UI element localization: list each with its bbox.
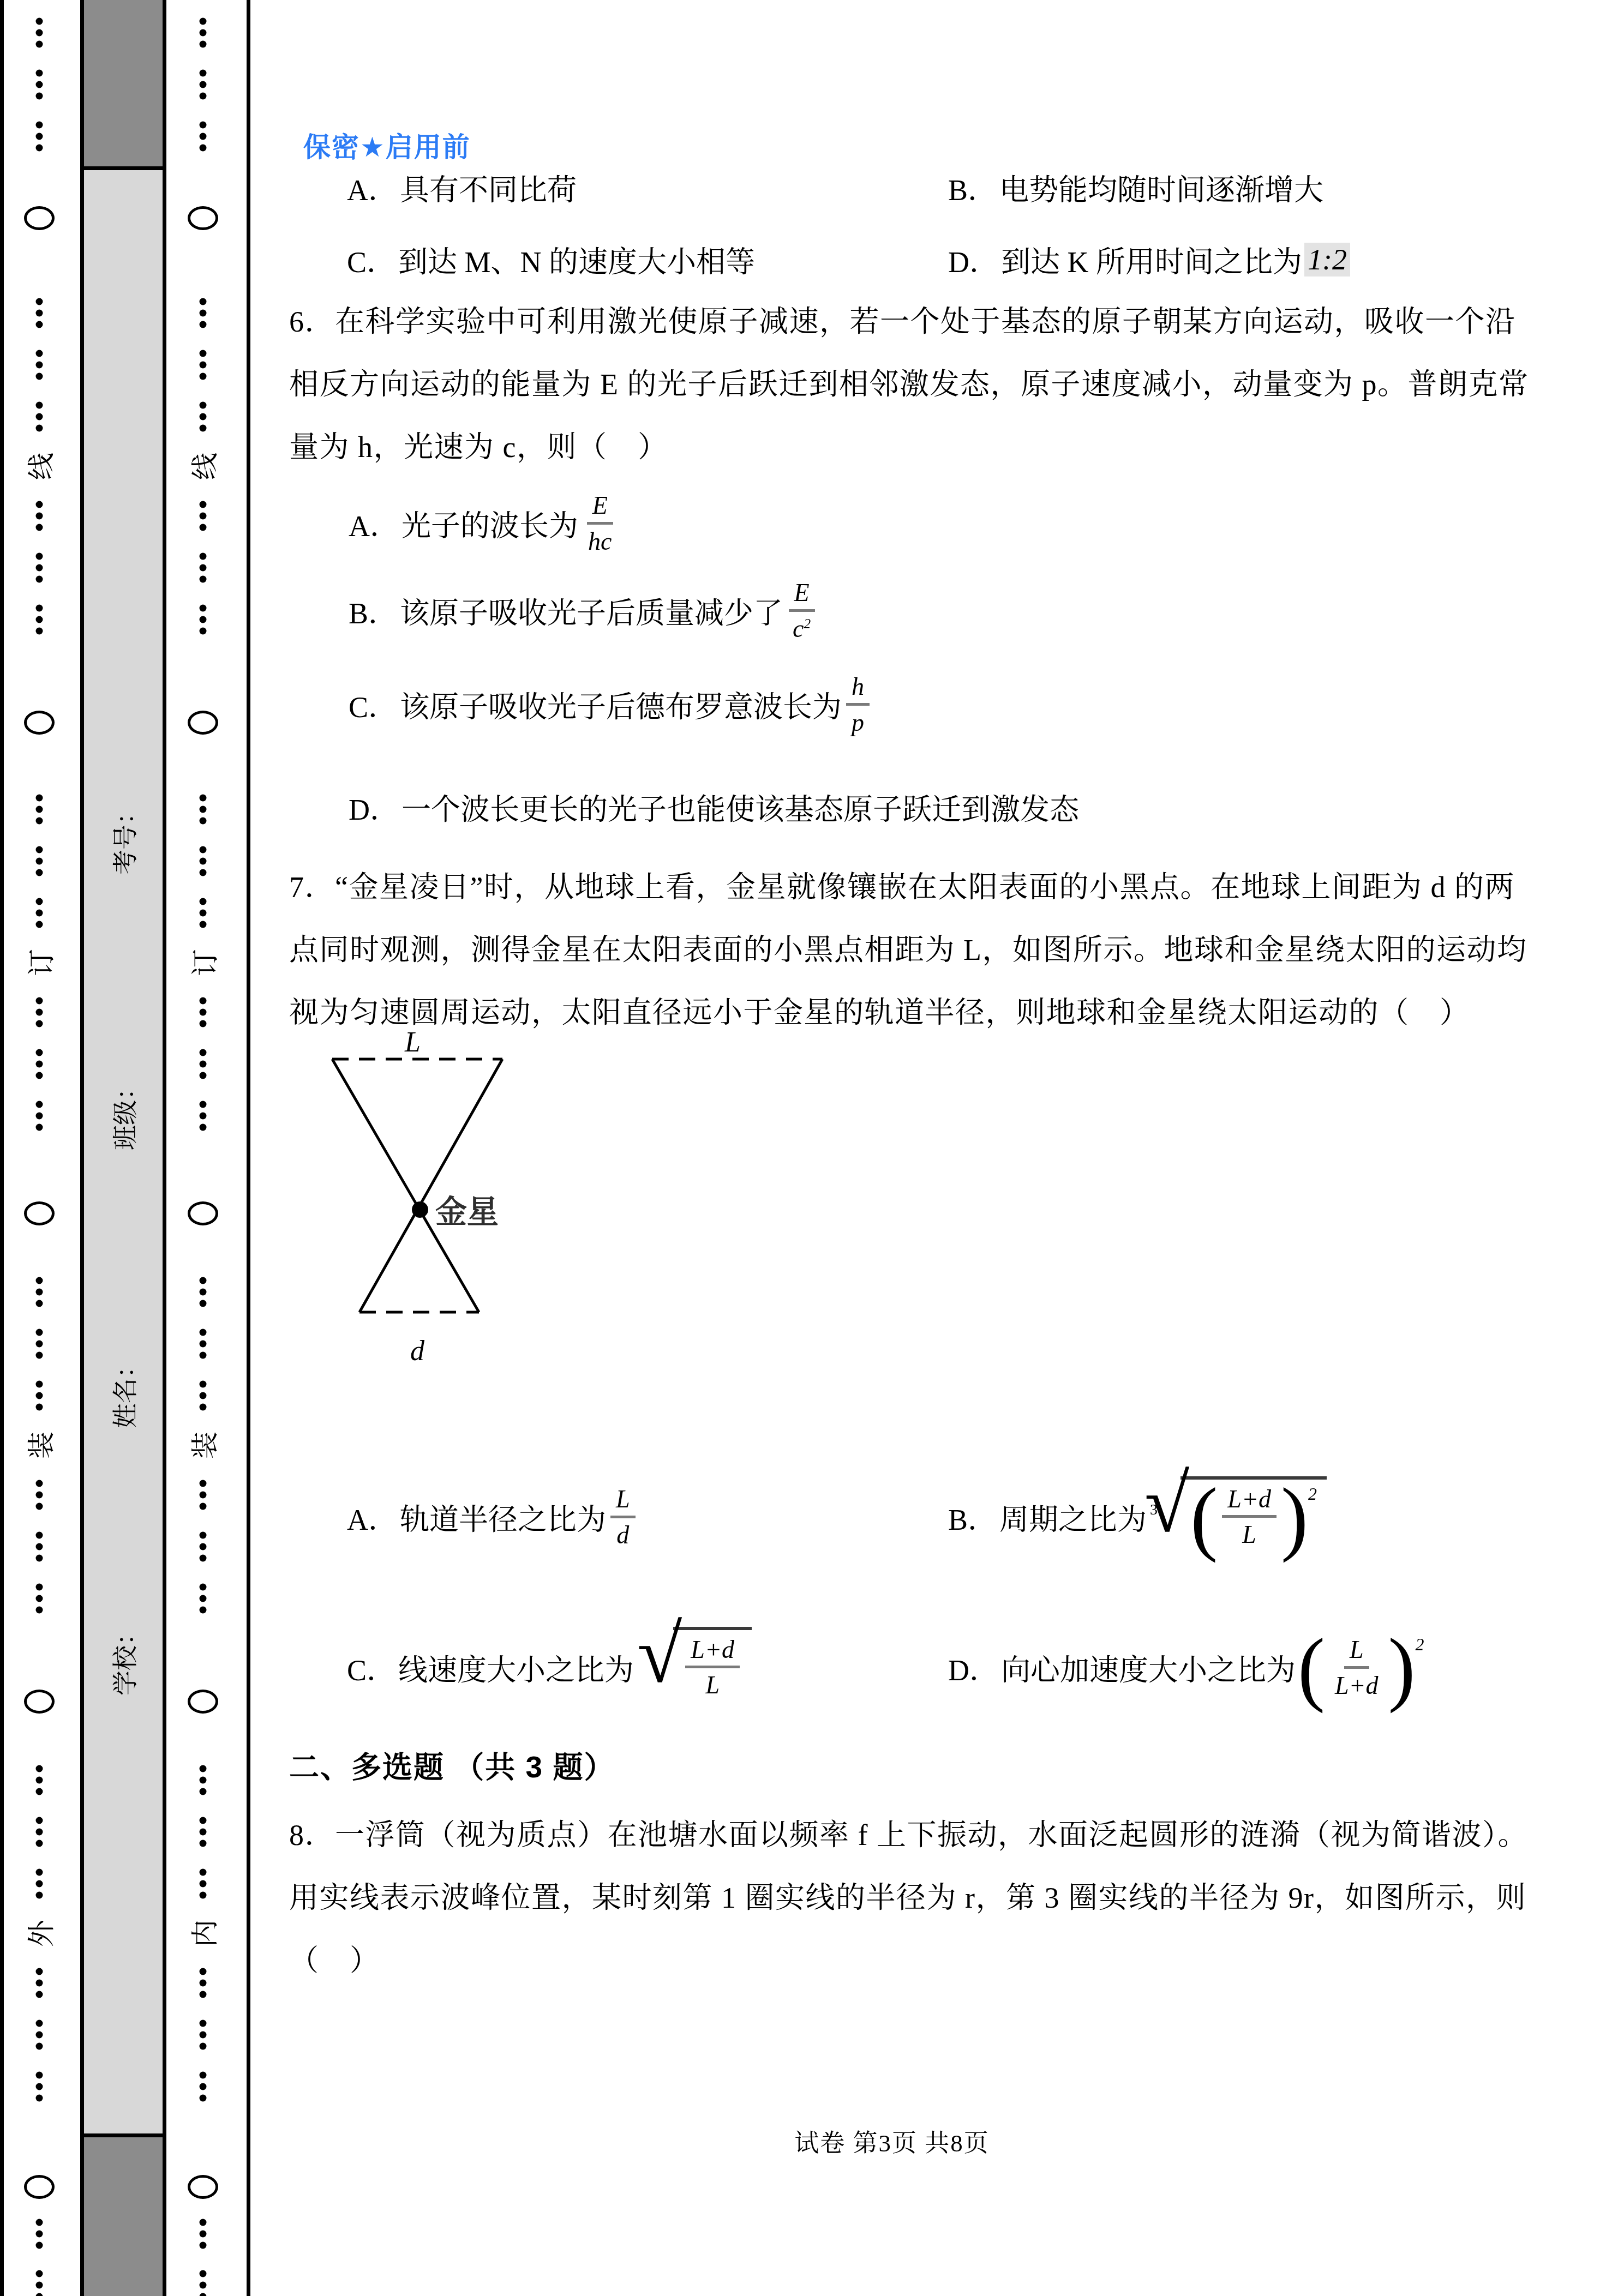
binding-dot <box>36 1817 43 1824</box>
binding-dot <box>200 1049 207 1056</box>
binding-dot <box>36 1101 43 1108</box>
fraction: Ec2 <box>787 580 816 642</box>
fraction: Ld <box>610 1486 636 1548</box>
option-text: 线速度大小之比为 <box>398 1647 634 1689</box>
binding-dot <box>200 1968 207 1975</box>
figure-label-top-length: L <box>404 1027 421 1058</box>
binding-dot <box>36 564 43 572</box>
binding-dot <box>36 1777 43 1784</box>
binding-dot <box>36 553 43 560</box>
right-paren-glyph: ) <box>1388 1645 1416 1691</box>
binding-dot <box>36 1124 43 1131</box>
binding-dot <box>200 818 207 825</box>
binding-dot <box>200 1817 207 1824</box>
option-letter: B． <box>948 1496 997 1538</box>
binding-ring <box>188 2175 218 2199</box>
question5-option-d: D．到达 K 所用时间之比为1:2 <box>948 240 1350 279</box>
binding-dot <box>36 605 43 612</box>
binding-dot <box>200 576 207 583</box>
seal-label-1: 考号： <box>105 800 141 875</box>
binding-dot <box>36 846 43 854</box>
question6-line-2: 相反方向运动的能量为 E 的光子后跃迁到相邻激发态，原子速度减小，动量变为 p。… <box>289 353 1529 416</box>
binding-ring <box>188 1201 218 1225</box>
binding-dot <box>200 616 207 623</box>
question5-options-row1: A．具有不同比荷B．电势能均随时间逐渐增大 <box>0 168 1624 207</box>
binding-dot <box>36 795 43 802</box>
binding-dot <box>200 997 207 1005</box>
binding-dot <box>200 1072 207 1079</box>
fraction-numerator: L <box>1344 1637 1369 1668</box>
binding-dot <box>200 910 207 917</box>
binding-dot <box>200 553 207 560</box>
fraction: Ehc <box>583 492 617 555</box>
fraction: L+dL <box>1222 1486 1277 1548</box>
question5-options-row2: C．到达 M、N 的速度大小相等D．到达 K 所用时间之比为1:2 <box>0 240 1624 279</box>
binding-char-内: 内 <box>183 1920 223 1947</box>
fraction-numerator: h <box>846 674 870 705</box>
figure-sightline-2 <box>359 1059 502 1312</box>
binding-dot <box>36 806 43 813</box>
fraction-denominator: c2 <box>787 612 816 642</box>
binding-dot <box>200 2020 207 2027</box>
binding-dot <box>36 501 43 508</box>
binding-dot <box>200 1277 207 1284</box>
binding-dot <box>36 1968 43 1975</box>
option-text: 该原子吸收光子后质量减少了 <box>400 590 783 632</box>
binding-dot <box>200 795 207 802</box>
question7-option-b: B．周期之比为3√(L+dL)2 <box>948 1466 1330 1568</box>
superscript: 2 <box>804 616 811 631</box>
binding-dot <box>200 350 207 357</box>
binding-dot <box>200 2095 207 2102</box>
section2-heading: 二、多选题 （共 3 题） <box>289 1745 615 1789</box>
binding-dot <box>200 1829 207 1836</box>
binding-dot <box>200 1777 207 1784</box>
binding-dot <box>36 145 43 152</box>
binding-dot <box>36 616 43 623</box>
binding-dot <box>36 818 43 825</box>
binding-dot <box>200 70 207 77</box>
binding-dot <box>36 1061 43 1068</box>
binding-dot <box>200 2219 207 2226</box>
binding-dot <box>36 1869 43 1876</box>
binding-dot <box>36 1289 43 1296</box>
binding-dot <box>200 310 207 317</box>
binding-dot <box>200 1352 207 1359</box>
binding-dot <box>200 1595 207 1602</box>
seal-label-3: 姓名： <box>105 1353 141 1428</box>
binding-dot <box>200 2293 207 2296</box>
binding-dot <box>36 2020 43 2027</box>
fraction-numerator: L <box>610 1486 636 1518</box>
binding-dot <box>36 425 43 432</box>
option-text: 向心加速度大小之比为 <box>1001 1647 1296 1689</box>
binding-dot <box>36 858 43 865</box>
binding-dot <box>36 2031 43 2039</box>
exam-paper-page: 线订装外 考号：班级：姓名：学校： 线订装内 保密★启用前 A．具有不同比荷B．… <box>0 0 1624 2296</box>
venus-transit-figure: L d 金星 <box>295 1024 633 1379</box>
binding-dot <box>200 1113 207 1120</box>
binding-dot <box>36 2219 43 2226</box>
binding-ring <box>24 2175 55 2199</box>
binding-dot <box>200 1869 207 1876</box>
binding-dot <box>200 2270 207 2277</box>
page-number-footer: 试卷 第3页 共8页 <box>248 2123 1536 2159</box>
binding-dot <box>200 2282 207 2289</box>
binding-dot <box>36 1329 43 1336</box>
binding-dot <box>200 2072 207 2079</box>
binding-dot <box>200 898 207 905</box>
binding-dot <box>36 898 43 905</box>
fraction: L+dL <box>685 1637 740 1699</box>
binding-dot <box>36 1765 43 1772</box>
option-letter: D． <box>948 239 999 281</box>
fraction-denominator: p <box>846 706 870 736</box>
binding-dot <box>200 2083 207 2090</box>
binding-ring <box>24 1201 55 1225</box>
binding-dot <box>200 1061 207 1068</box>
binding-dot <box>36 18 43 25</box>
fraction: LL+d <box>1329 1637 1384 1699</box>
parenthesized-fraction: (LL+d)2 <box>1298 1637 1424 1699</box>
binding-dot <box>200 2242 207 2249</box>
binding-dot <box>36 1584 43 1591</box>
fraction-denominator: L <box>700 1668 725 1698</box>
binding-dot <box>36 1892 43 1899</box>
binding-dot <box>200 1020 207 1027</box>
binding-dot <box>200 628 207 635</box>
option-letter: D． <box>349 786 399 828</box>
binding-dot <box>36 1607 43 1614</box>
question6-option: B．该原子吸收光子后质量减少了Ec2 <box>349 580 820 642</box>
question8-line-3: （ ） <box>289 1930 1528 1992</box>
binding-ring <box>188 206 218 230</box>
security-notice: 保密★启用前 <box>303 125 471 165</box>
option-letter: B． <box>948 167 997 209</box>
question6-option: D．一个波长更长的光子也能使该基态原子跃迁到激发态 <box>349 786 1079 828</box>
option-letter: B． <box>349 590 398 632</box>
binding-dot <box>36 350 43 357</box>
binding-dot <box>200 1009 207 1016</box>
fraction-denominator: L+d <box>1329 1669 1384 1699</box>
binding-dot <box>36 1788 43 1795</box>
seal-label-2: 班级： <box>105 1075 141 1150</box>
binding-dot <box>36 910 43 917</box>
option-text: 电势能均随时间逐渐增大 <box>999 167 1323 209</box>
option-letter: C． <box>347 239 396 281</box>
binding-dot <box>36 93 43 100</box>
binding-dot <box>36 81 43 88</box>
equation-ratio: 1:2 <box>1304 243 1350 277</box>
binding-char-订: 订 <box>183 949 223 976</box>
binding-dot <box>36 1991 43 1998</box>
binding-dot <box>36 362 43 369</box>
radical-index: 3 <box>1150 1501 1158 1519</box>
figure-label-bottom-length: d <box>410 1336 425 1367</box>
binding-dot <box>36 29 43 37</box>
question7-line-1: 7．“金星凌日”时，从地球上看，金星就像镶嵌在太阳表面的小黑点。在地球上间距为 … <box>289 856 1527 919</box>
binding-dot <box>200 1392 207 1399</box>
binding-dot <box>200 921 207 928</box>
binding-dot <box>200 1584 207 1591</box>
binding-dot <box>200 2043 207 2050</box>
exponent: 2 <box>1416 1634 1424 1655</box>
radical-sign-icon: √ <box>637 1614 682 1696</box>
binding-dot <box>36 1300 43 1307</box>
question7-option-c: C．线速度大小之比为√L+dL <box>347 1621 755 1715</box>
binding-char-装: 装 <box>183 1432 223 1459</box>
question7-option-d: D．向心加速度大小之比为(LL+d)2 <box>948 1621 1427 1715</box>
fraction-numerator: E <box>789 580 815 611</box>
binding-dot <box>200 1329 207 1336</box>
question5-option-b: B．电势能均随时间逐渐增大 <box>948 168 1323 207</box>
binding-dot <box>36 1009 43 1016</box>
question6-option: A．光子的波长为Ehc <box>349 492 621 555</box>
binding-dot <box>200 145 207 152</box>
option-text: 轨道半径之比为 <box>400 1496 606 1538</box>
binding-dot <box>200 1101 207 1108</box>
option-letter: A． <box>347 1496 398 1538</box>
binding-dot <box>36 2083 43 2090</box>
right-paren-glyph: ) <box>1281 1494 1308 1540</box>
radical-content: L+dL <box>673 1627 752 1699</box>
binding-dot <box>200 29 207 37</box>
binding-dot <box>36 869 43 876</box>
binding-dot <box>36 413 43 420</box>
question6-text: 6．在科学实验中可利用激光使原子减速，若一个处于基态的原子朝某方向运动，吸收一个… <box>289 291 1529 479</box>
option-letter: D． <box>948 1647 999 1689</box>
binding-dot <box>36 1392 43 1399</box>
binding-dot <box>200 18 207 25</box>
binding-char-线: 线 <box>183 453 223 480</box>
binding-dot <box>200 373 207 380</box>
binding-dot <box>200 321 207 328</box>
radical-content: (L+dL)2 <box>1180 1476 1327 1548</box>
binding-dot <box>36 321 43 328</box>
binding-dot <box>200 1300 207 1307</box>
binding-line-2 <box>163 0 166 2296</box>
binding-dot <box>200 1404 207 1411</box>
exponent: 2 <box>1308 1484 1317 1504</box>
binding-dot <box>36 1880 43 1888</box>
binding-dot <box>200 513 207 520</box>
option-text: 光子的波长为 <box>401 503 578 545</box>
binding-ring <box>188 711 218 735</box>
binding-dot <box>200 1991 207 1998</box>
binding-dot <box>200 1341 207 1348</box>
binding-dot <box>36 373 43 380</box>
fraction: hp <box>846 674 870 736</box>
binding-dot <box>36 122 43 129</box>
binding-dot <box>36 1381 43 1388</box>
binding-dot <box>36 628 43 635</box>
option-letter: A． <box>347 167 398 209</box>
binding-dot <box>200 524 207 531</box>
binding-char-线: 线 <box>20 453 59 480</box>
option-text: 该原子吸收光子后德布罗意波长为 <box>400 684 842 726</box>
binding-dot <box>36 2095 43 2102</box>
option-text: 到达 K 所用时间之比为 <box>1001 239 1302 281</box>
binding-dot <box>200 122 207 129</box>
binding-dot <box>36 1352 43 1359</box>
binding-dot <box>36 1829 43 1836</box>
binding-dot <box>200 81 207 88</box>
fraction-numerator: E <box>587 492 613 524</box>
binding-line-1 <box>80 0 84 2296</box>
question5-option-c: C．到达 M、N 的速度大小相等 <box>347 240 755 279</box>
binding-dot <box>200 2031 207 2039</box>
binding-dot <box>200 564 207 572</box>
page-left-border <box>0 0 4 2296</box>
binding-dot <box>36 2072 43 2079</box>
binding-char-装: 装 <box>20 1432 59 1459</box>
option-text: 具有不同比荷 <box>400 167 577 209</box>
binding-dot <box>200 846 207 854</box>
binding-dot <box>36 2242 43 2249</box>
binding-dot <box>200 93 207 100</box>
binding-dot <box>36 1980 43 1987</box>
question7-text: 7．“金星凌日”时，从地球上看，金星就像镶嵌在太阳表面的小黑点。在地球上间距为 … <box>289 856 1527 1044</box>
binding-dot <box>36 576 43 583</box>
question5-option-a: A．具有不同比荷 <box>347 168 577 207</box>
binding-dot <box>200 605 207 612</box>
binding-dot <box>200 1840 207 1847</box>
question6-line-1: 6．在科学实验中可利用激光使原子减速，若一个处于基态的原子朝某方向运动，吸收一个… <box>289 291 1529 353</box>
binding-dot <box>200 41 207 48</box>
venus-point-dot <box>412 1201 428 1218</box>
binding-dot <box>200 425 207 432</box>
binding-dot <box>36 2043 43 2050</box>
binding-dot <box>36 298 43 305</box>
binding-dot <box>36 1113 43 1120</box>
question6-option-d: D．一个波长更长的光子也能使该基态原子跃迁到激发态 <box>349 790 1079 825</box>
binding-dot <box>36 133 43 140</box>
question6-option-b: B．该原子吸收光子后质量减少了Ec2 <box>349 574 820 647</box>
binding-dot <box>36 70 43 77</box>
question6-option-c: C．该原子吸收光子后德布罗意波长为hp <box>349 668 874 741</box>
option-text: 一个波长更长的光子也能使该基态原子跃迁到激发态 <box>401 786 1079 828</box>
binding-ring <box>24 206 55 230</box>
binding-dot <box>200 806 207 813</box>
option-letter: A． <box>349 503 399 545</box>
fraction-denominator: L <box>1237 1518 1262 1548</box>
binding-dot <box>36 997 43 1005</box>
binding-dot <box>200 501 207 508</box>
binding-dot <box>36 310 43 317</box>
question7-line-2: 点同时观测，测得金星在太阳表面的小黑点相距为 L，如图所示。地球和金星绕太阳的运… <box>289 919 1527 982</box>
question8-text: 8．一浮筒（视为质点）在池塘水面以频率 f 上下振动，水面泛起圆形的涟漪（视为简… <box>289 1804 1528 1992</box>
binding-dot <box>200 1980 207 1987</box>
fraction-numerator: L+d <box>685 1637 740 1668</box>
fraction-denominator: d <box>611 1518 634 1548</box>
seal-strip: 考号：班级：姓名：学校： <box>84 0 163 2296</box>
radical: √L+dL <box>637 1627 752 1709</box>
binding-dot <box>36 1277 43 1284</box>
binding-dot <box>36 41 43 48</box>
binding-dot <box>36 2293 43 2296</box>
question8-line-1: 8．一浮筒（视为质点）在池塘水面以频率 f 上下振动，水面泛起圆形的涟漪（视为简… <box>289 1804 1528 1867</box>
option-text: 到达 M、N 的速度大小相等 <box>398 239 755 281</box>
figure-label-venus: 金星 <box>435 1194 499 1230</box>
binding-dot <box>36 513 43 520</box>
question8-line-2: 用实线表示波峰位置，某时刻第 1 圈实线的半径为 r，第 3 圈实线的半径为 9… <box>289 1867 1528 1930</box>
binding-dot <box>36 1341 43 1348</box>
seal-dark-box-bottom <box>84 2133 163 2296</box>
seal-dark-box-top <box>84 0 163 170</box>
binding-dot <box>200 869 207 876</box>
question6-line-3: 量为 h，光速为 c，则（ ） <box>289 416 1529 479</box>
binding-dot <box>36 2270 43 2277</box>
binding-dot <box>200 1607 207 1614</box>
option-letter: C． <box>349 684 398 726</box>
binding-dot <box>36 2282 43 2289</box>
binding-dot <box>36 1020 43 1027</box>
question7-options-row-ab: A．轨道半径之比为LdB．周期之比为3√(L+dL)2 <box>0 1466 1624 1568</box>
binding-dot <box>36 1840 43 1847</box>
binding-dot <box>200 1381 207 1388</box>
question6-option-a: A．光子的波长为Ehc <box>349 487 621 560</box>
binding-dot <box>36 1404 43 1411</box>
binding-dot <box>36 1595 43 1602</box>
binding-dot <box>36 524 43 531</box>
figure-sightline-1 <box>332 1059 479 1312</box>
binding-dot <box>200 1880 207 1888</box>
binding-dot <box>200 402 207 409</box>
binding-char-外: 外 <box>20 1920 59 1947</box>
fraction-denominator: hc <box>583 525 617 555</box>
binding-dot <box>36 2231 43 2238</box>
binding-line-3 <box>247 0 250 2296</box>
binding-dot <box>200 1892 207 1899</box>
binding-dot <box>36 921 43 928</box>
binding-dot <box>200 858 207 865</box>
binding-dot <box>200 2231 207 2238</box>
option-text: 周期之比为 <box>999 1496 1147 1538</box>
question7-option-a: A．轨道半径之比为Ld <box>347 1466 640 1568</box>
left-paren-glyph: ( <box>1190 1494 1218 1540</box>
binding-char-订: 订 <box>20 949 59 976</box>
left-paren-glyph: ( <box>1298 1645 1325 1691</box>
binding-dot <box>200 1765 207 1772</box>
binding-dot <box>200 1788 207 1795</box>
binding-dot <box>200 298 207 305</box>
binding-dot <box>200 133 207 140</box>
binding-dot <box>36 1049 43 1056</box>
fraction-numerator: L+d <box>1222 1486 1277 1518</box>
binding-dot <box>200 1289 207 1296</box>
option-letter: C． <box>347 1647 396 1689</box>
question7-options-row-cd: C．线速度大小之比为√L+dLD．向心加速度大小之比为(LL+d)2 <box>0 1621 1624 1715</box>
binding-dot <box>200 362 207 369</box>
parenthesized-fraction: (L+dL)2 <box>1190 1486 1317 1548</box>
binding-dot <box>200 1124 207 1131</box>
binding-dot <box>200 413 207 420</box>
binding-dot <box>36 402 43 409</box>
binding-dot <box>36 1072 43 1079</box>
question6-option: C．该原子吸收光子后德布罗意波长为hp <box>349 674 874 736</box>
binding-ring <box>24 711 55 735</box>
radical: 3√(L+dL)2 <box>1150 1476 1327 1558</box>
